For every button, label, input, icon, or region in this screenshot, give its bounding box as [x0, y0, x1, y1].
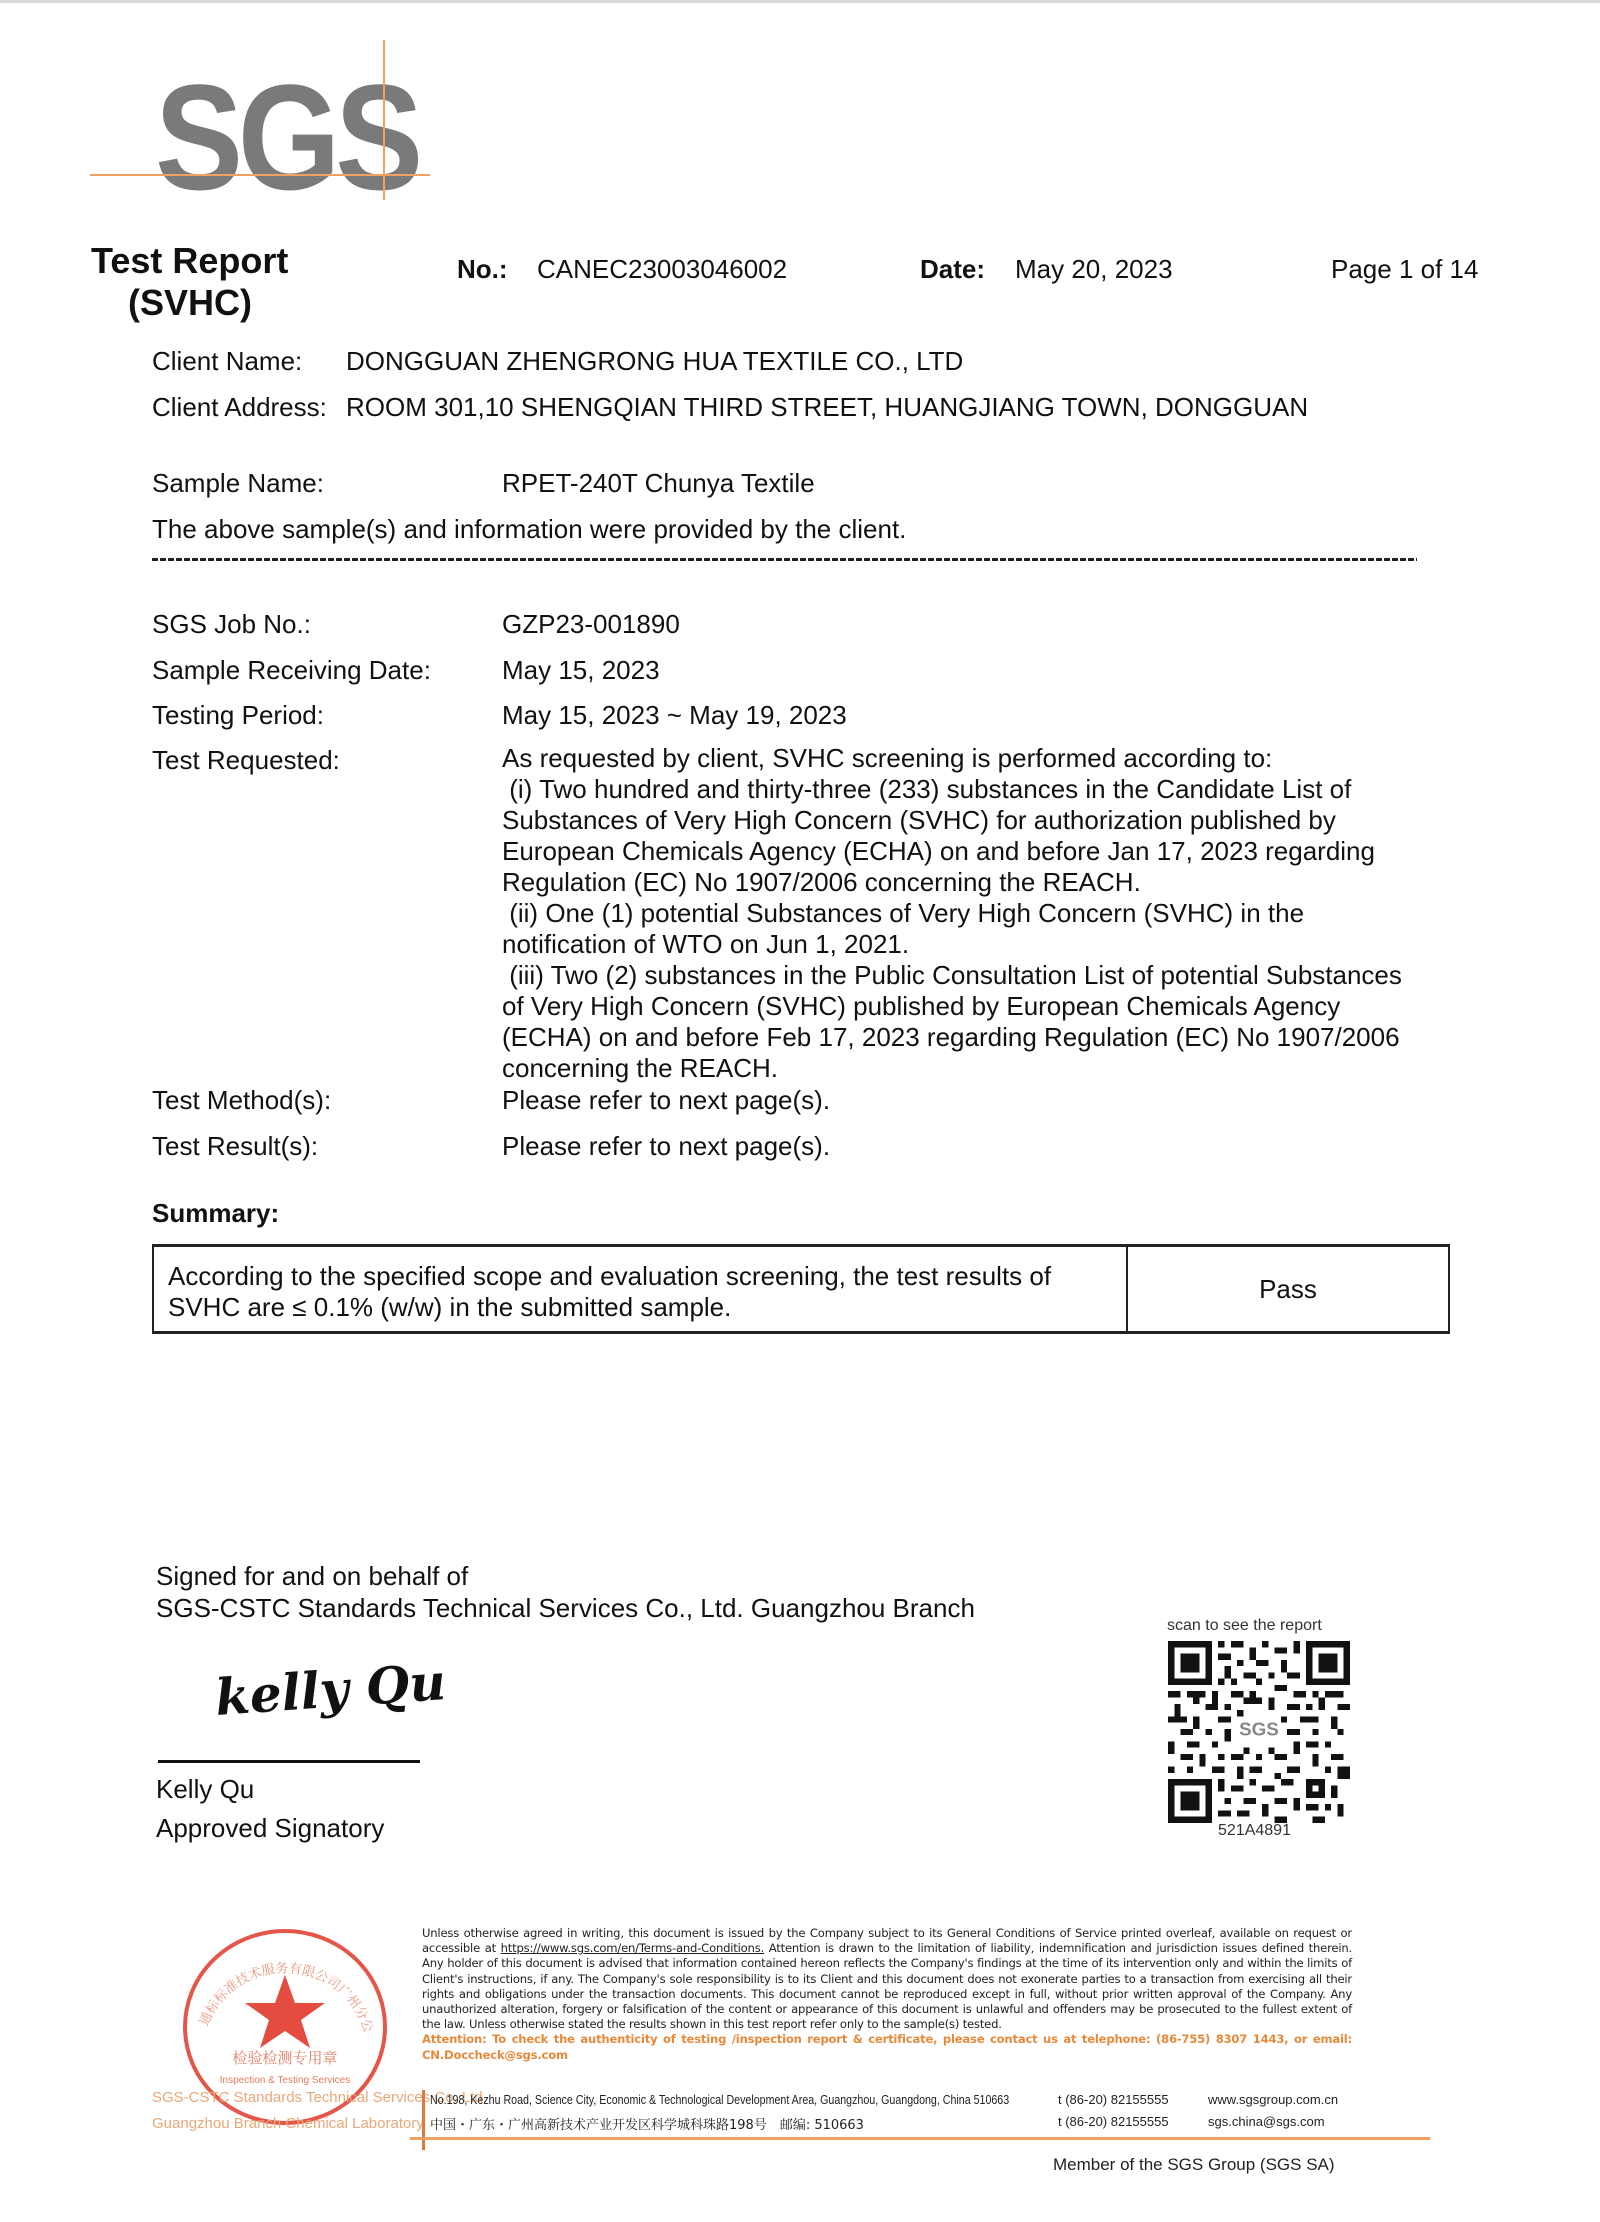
test-requested-line: notification of WTO on Jun 1, 2021. — [502, 929, 1402, 960]
test-method-label: Test Method(s): — [152, 1085, 331, 1116]
report-title: Test Report — [91, 240, 288, 282]
test-requested-line: (ii) One (1) potential Substances of Ver… — [502, 898, 1402, 929]
testing-period-value: May 15, 2023 ~ May 19, 2023 — [502, 700, 847, 731]
test-requested-line: (ECHA) on and before Feb 17, 2023 regard… — [502, 1022, 1402, 1053]
qr-code-id: 521A4891 — [1218, 1822, 1291, 1840]
authenticity-notice: Attention: To check the authenticity of … — [422, 2032, 1352, 2062]
test-requested-label: Test Requested: — [152, 745, 340, 776]
svg-text:Inspection & Testing Services: Inspection & Testing Services — [220, 2075, 350, 2086]
report-no-label: No.: — [457, 254, 508, 285]
signed-behalf-line2: SGS-CSTC Standards Technical Services Co… — [156, 1593, 975, 1624]
email-link[interactable]: sgs.china@sgs.com — [1208, 2114, 1325, 2129]
test-requested-line: concerning the REACH. — [502, 1053, 1402, 1084]
sample-name-label: Sample Name: — [152, 468, 324, 499]
address-chinese: 中国・广东・广州高新技术产业开发区科学城科珠路198号 邮编: 510663 — [430, 2114, 864, 2133]
signatory-role: Approved Signatory — [156, 1813, 384, 1844]
test-method-value: Please refer to next page(s). — [502, 1085, 830, 1116]
test-requested-line: Substances of Very High Concern (SVHC) f… — [502, 805, 1402, 836]
summary-text-line: SVHC are ≤ 0.1% (w/w) in the submitted s… — [168, 1292, 1112, 1323]
signed-behalf-line1: Signed for and on behalf of — [156, 1561, 468, 1592]
page-indicator: Page 1 of 14 — [1331, 254, 1478, 285]
test-requested-line: European Chemicals Agency (ECHA) on and … — [502, 836, 1402, 867]
qr-code-icon[interactable]: SGS — [1168, 1641, 1350, 1823]
summary-text-line: According to the specified scope and eva… — [168, 1261, 1112, 1292]
report-date-value: May 20, 2023 — [1015, 254, 1173, 285]
summary-label: Summary: — [152, 1198, 279, 1229]
summary-description: According to the specified scope and eva… — [154, 1247, 1128, 1331]
client-address-label: Client Address: — [152, 392, 327, 423]
legal-disclaimer: Unless otherwise agreed in writing, this… — [422, 1926, 1352, 2063]
client-name-label: Client Name: — [152, 346, 302, 377]
test-requested-line: As requested by client, SVHC screening i… — [502, 743, 1402, 774]
dashed-separator — [152, 558, 1417, 561]
report-subtitle: (SVHC) — [128, 282, 252, 324]
address-english: No.198, Kezhu Road, Science City, Econom… — [430, 2092, 1009, 2107]
signature-line — [158, 1760, 420, 1763]
test-requested-line: (i) Two hundred and thirty-three (233) s… — [502, 774, 1402, 805]
job-no-label: SGS Job No.: — [152, 609, 311, 640]
terms-link[interactable]: https://www.sgs.com/en/Terms-and-Conditi… — [501, 1941, 764, 1955]
test-requested-text: As requested by client, SVHC screening i… — [502, 743, 1402, 1084]
client-name-value: DONGGUAN ZHENGRONG HUA TEXTILE CO., LTD — [346, 346, 963, 377]
page-top-border — [0, 0, 1600, 3]
logo-vertical-rule — [383, 40, 385, 200]
sgs-logo-text: SGS — [155, 62, 418, 212]
summary-result: Pass — [1128, 1247, 1448, 1331]
receiving-date-value: May 15, 2023 — [502, 655, 660, 686]
test-requested-line: Regulation (EC) No 1907/2006 concerning … — [502, 867, 1402, 898]
footer-vertical-rule — [422, 2090, 425, 2150]
handwritten-signature: kelly Qu — [213, 1652, 447, 1727]
test-result-value: Please refer to next page(s). — [502, 1131, 830, 1162]
qr-caption: scan to see the report — [1167, 1617, 1322, 1635]
test-result-label: Test Result(s): — [152, 1131, 318, 1162]
svg-text:SGS: SGS — [1239, 1719, 1279, 1740]
receiving-date-label: Sample Receiving Date: — [152, 655, 431, 686]
sgs-logo: SGS — [90, 40, 440, 210]
test-requested-line: (iii) Two (2) substances in the Public C… — [502, 960, 1402, 991]
summary-table: According to the specified scope and eva… — [152, 1244, 1450, 1334]
testing-period-label: Testing Period: — [152, 700, 324, 731]
svg-text:检验检测专用章: 检验检测专用章 — [232, 2049, 337, 2067]
footer-horizontal-rule — [410, 2137, 1430, 2140]
client-address-value: ROOM 301,10 SHENGQIAN THIRD STREET, HUAN… — [346, 392, 1308, 423]
report-no-value: CANEC23003046002 — [537, 254, 787, 285]
phone-2: t (86-20) 82155555 — [1058, 2114, 1169, 2129]
phone-1: t (86-20) 82155555 — [1058, 2092, 1169, 2107]
member-of-group: Member of the SGS Group (SGS SA) — [1053, 2155, 1335, 2175]
sample-name-value: RPET-240T Chunya Textile — [502, 468, 815, 499]
signatory-name: Kelly Qu — [156, 1774, 254, 1805]
job-no-value: GZP23-001890 — [502, 609, 680, 640]
test-requested-line: of Very High Concern (SVHC) published by… — [502, 991, 1402, 1022]
sample-provided-note: The above sample(s) and information were… — [152, 514, 906, 545]
logo-horizontal-rule — [90, 174, 430, 176]
stamp-caption-line2: Guangzhou Branch Chemical Laboratory — [152, 2115, 424, 2132]
website-link[interactable]: www.sgsgroup.com.cn — [1208, 2092, 1338, 2107]
report-date-label: Date: — [920, 254, 985, 285]
